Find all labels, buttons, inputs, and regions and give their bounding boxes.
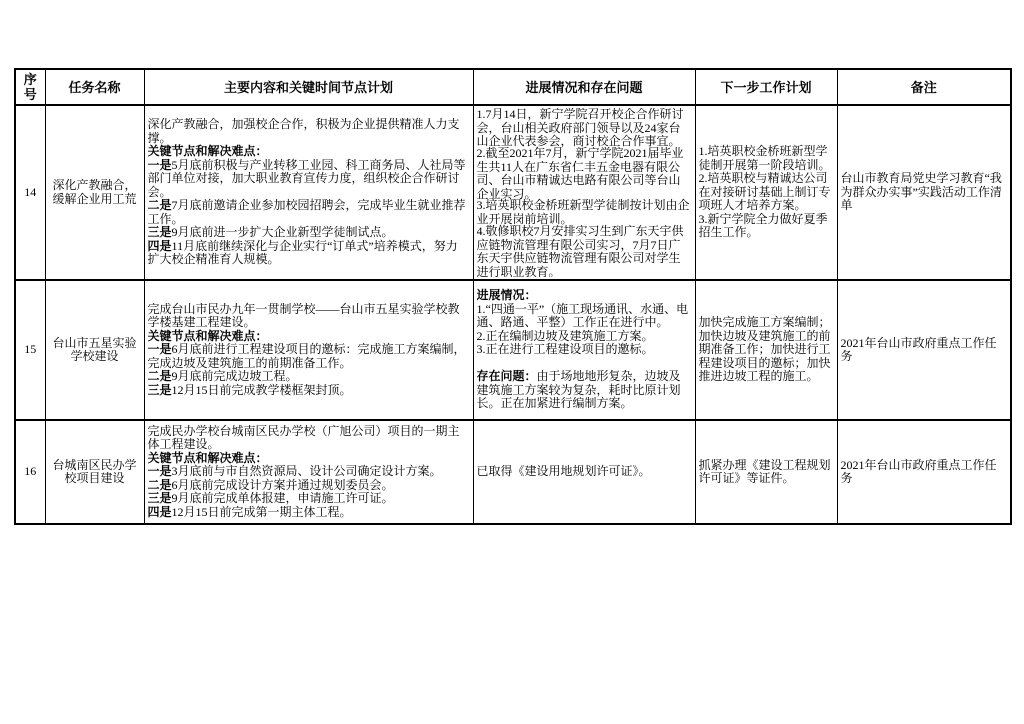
cell-line: 存在问题：由于场地地形复杂，边坡及建筑施工方案较为复杂，耗时比原计划长。正在加紧… xyxy=(477,370,692,411)
cell-line: 一是3月底前与市自然资源局、设计公司确定设计方案。 xyxy=(148,465,470,479)
column-header-label: 备注 xyxy=(911,80,937,95)
body-text: 5月底前积极与产业转移工业园、科工商务局、人社局等部门单位对接，加大职业教育宣传… xyxy=(148,158,466,199)
body-text: 台城南区民办学校项目建设 xyxy=(52,458,136,486)
cell-content: 2021年台山市政府重点工作任务 xyxy=(841,423,1008,521)
emphasis-text: 二是 xyxy=(148,478,172,492)
cell-line: 3.新宁学院全力做好夏季招生工作。 xyxy=(699,213,834,240)
emphasis-text: 三是 xyxy=(148,491,172,505)
emphasis-text: 关键节点和解决难点： xyxy=(148,329,268,343)
body-text: 已取得《建设用地规划许可证》。 xyxy=(477,464,651,478)
body-text: 1.培英职校金桥班新型学徒制开展第一阶段培训。 xyxy=(699,144,831,172)
header-row: 序号任务名称主要内容和关键时间节点计划进展情况和存在问题下一步工作计划备注 xyxy=(15,69,1011,105)
cell-line: 2.培英职校与精诚达公司在对接研讨基础上制订专项班人才培养方案。 xyxy=(699,172,834,213)
emphasis-text: 一是 xyxy=(148,464,172,478)
emphasis-text: 进展情况： xyxy=(477,288,537,302)
column-header-next: 下一步工作计划 xyxy=(695,69,837,105)
body-text: 16 xyxy=(24,464,36,478)
cell-line: 四是12月15日前完成第一期主体工程。 xyxy=(148,506,470,520)
table-row: 16台城南区民办学校项目建设完成民办学校台城南区民办学校（广旭公司）项目的一期主… xyxy=(15,420,1011,524)
cell-line: 完成台山市民办九年一贯制学校——台山市五星实验学校教学楼基建工程建设。 xyxy=(148,303,470,330)
body-text: 9月底前完成边坡工程。 xyxy=(172,369,298,383)
cell-line: 1.“四通一平”（施工现场通讯、水通、电通、路通、平整）工作正在进行中。 xyxy=(477,303,692,330)
body-text: 9月底前完成单体报建，申请施工许可证。 xyxy=(172,491,394,505)
body-text: 完成民办学校台城南区民办学校（广旭公司）项目的一期主体工程建设。 xyxy=(148,424,460,452)
cell-content: 深化产教融合，缓解企业用工荒 xyxy=(49,108,141,277)
emphasis-text: 三是 xyxy=(148,225,172,239)
cell-line: 三是9月底前完成单体报建，申请施工许可证。 xyxy=(148,492,470,506)
body-text: 12月15日前完成第一期主体工程。 xyxy=(172,505,352,519)
body-text: 2021年台山市政府重点工作任务 xyxy=(841,458,997,486)
emphasis-text: 三是 xyxy=(148,383,172,397)
cell-content: 15 xyxy=(19,283,42,417)
cell-content: 1.培英职校金桥班新型学徒制开展第一阶段培训。2.培英职校与精诚达公司在对接研讨… xyxy=(699,108,834,277)
emphasis-text: 四是 xyxy=(148,505,172,519)
cell-content: 1.7月14日，新宁学院召开校企合作研讨会，台山相关政府部门领导以及24家台山企… xyxy=(477,108,692,277)
cell-line: 四是11月底前继续深化与企业实行“订单式”培养模式，努力扩大校企精准育人规模。 xyxy=(148,240,470,267)
cell-line: 台山市教育局党史学习教育“我为群众办实事”实践活动工作清单 xyxy=(841,172,1008,213)
body-text: 台山市教育局党史学习教育“我为群众办实事”实践活动工作清单 xyxy=(841,171,1002,212)
cell-line: 3.培英职校金桥班新型学徒制按计划由企业开展岗前培训。 xyxy=(477,199,692,225)
emphasis-text: 二是 xyxy=(148,198,172,212)
cell-content: 台城南区民办学校项目建设 xyxy=(49,423,141,521)
cell-content: 16 xyxy=(19,423,42,521)
cell-line: 完成民办学校台城南区民办学校（广旭公司）项目的一期主体工程建设。 xyxy=(148,425,470,452)
body-text: 3月底前与市自然资源局、设计公司确定设计方案。 xyxy=(172,464,442,478)
cell-content: 完成台山市民办九年一贯制学校——台山市五星实验学校教学楼基建工程建设。关键节点和… xyxy=(148,283,470,417)
body-text: 15 xyxy=(24,342,36,356)
cell-line: 一是5月底前积极与产业转移工业园、科工商务局、人社局等部门单位对接，加大职业教育… xyxy=(148,159,470,200)
cell-15-num: 15 xyxy=(15,280,45,420)
body-text: 2021年台山市政府重点工作任务 xyxy=(841,336,997,364)
cell-line: 关键节点和解决难点： xyxy=(148,145,470,159)
cell-line: 台城南区民办学校项目建设 xyxy=(49,459,141,486)
cell-line: 1.7月14日，新宁学院召开校企合作研讨会，台山相关政府部门领导以及24家台山企… xyxy=(477,108,692,147)
cell-15-content: 完成台山市民办九年一贯制学校——台山市五星实验学校教学楼基建工程建设。关键节点和… xyxy=(144,280,473,420)
cell-content: 台山市五星实验学校建设 xyxy=(49,283,141,417)
emphasis-text: 存在问题： xyxy=(477,369,537,383)
table-body: 14深化产教融合，缓解企业用工荒深化产教融合，加强校企合作，积极为企业提供精准人… xyxy=(15,105,1011,524)
column-header-remark: 备注 xyxy=(837,69,1011,105)
body-text: 14 xyxy=(24,185,36,199)
column-header-content: 主要内容和关键时间节点计划 xyxy=(144,69,473,105)
cell-line: 二是7月底前邀请企业参加校园招聘会，完成毕业生就业推荐工作。 xyxy=(148,199,470,226)
tasks-table: 序号任务名称主要内容和关键时间节点计划进展情况和存在问题下一步工作计划备注 14… xyxy=(14,68,1012,525)
cell-14-task: 深化产教融合，缓解企业用工荒 xyxy=(45,105,144,280)
body-text: 4.敬修职校7月安排实习生到广东天宇供应链物流管理有限公司实习，7月7日广东天宇… xyxy=(477,224,684,277)
table-row: 15台山市五星实验学校建设完成台山市民办九年一贯制学校——台山市五星实验学校教学… xyxy=(15,280,1011,420)
body-text: 深化产教融合，加强校企合作，积极为企业提供精准人力支撑。 xyxy=(148,117,460,145)
column-header-num: 序号 xyxy=(15,69,45,105)
body-text: 2.正在编制边坡及建筑施工方案。 xyxy=(477,329,654,343)
table-header-row: 序号任务名称主要内容和关键时间节点计划进展情况和存在问题下一步工作计划备注 xyxy=(15,69,1011,105)
cell-line: 1.培英职校金桥班新型学徒制开展第一阶段培训。 xyxy=(699,145,834,172)
body-text: 9月底前进一步扩大企业新型学徒制试点。 xyxy=(172,225,394,239)
body-text: 3.新宁学院全力做好夏季招生工作。 xyxy=(699,212,828,240)
body-text: 6月底前进行工程建设项目的邀标：完成施工方案编制，完成边坡及建筑施工的前期准备工… xyxy=(148,342,466,370)
body-text: 11月底前继续深化与企业实行“订单式”培养模式，努力扩大校企精准育人规模。 xyxy=(148,239,458,267)
column-header-progress: 进展情况和存在问题 xyxy=(473,69,695,105)
cell-line: 三是12月15日前完成教学楼框架封顶。 xyxy=(148,384,470,398)
body-text: 1.7月14日，新宁学院召开校企合作研讨会，台山相关政府部门领导以及24家台山企… xyxy=(477,108,684,148)
cell-15-next: 加快完成施工方案编制；加快边坡及建筑施工的前期准备工作；加快进行工程建设项目的邀… xyxy=(695,280,837,420)
cell-line: 15 xyxy=(19,343,42,357)
cell-content: 抓紧办理《建设工程规划许可证》等证件。 xyxy=(699,423,834,521)
body-text: 2.培英职校与精诚达公司在对接研讨基础上制订专项班人才培养方案。 xyxy=(699,171,831,212)
body-text: 12月15日前完成教学楼框架封顶。 xyxy=(172,383,352,397)
cell-16-content: 完成民办学校台城南区民办学校（广旭公司）项目的一期主体工程建设。关键节点和解决难… xyxy=(144,420,473,524)
cell-line: 三是9月底前进一步扩大企业新型学徒制试点。 xyxy=(148,226,470,240)
cell-16-next: 抓紧办理《建设工程规划许可证》等证件。 xyxy=(695,420,837,524)
column-header-label: 序号 xyxy=(23,72,37,102)
column-header-label: 主要内容和关键时间节点计划 xyxy=(224,80,393,95)
emphasis-text: 四是 xyxy=(148,239,172,253)
cell-line: 深化产教融合，加强校企合作，积极为企业提供精准人力支撑。 xyxy=(148,118,470,145)
cell-14-remark: 台山市教育局党史学习教育“我为群众办实事”实践活动工作清单 xyxy=(837,105,1011,280)
cell-16-num: 16 xyxy=(15,420,45,524)
body-text: 完成台山市民办九年一贯制学校——台山市五星实验学校教学楼基建工程建设。 xyxy=(148,302,460,330)
body-text: 深化产教融合，缓解企业用工荒 xyxy=(52,178,136,206)
cell-14-num: 14 xyxy=(15,105,45,280)
cell-15-task: 台山市五星实验学校建设 xyxy=(45,280,144,420)
cell-line: 14 xyxy=(19,186,42,200)
cell-line: 2021年台山市政府重点工作任务 xyxy=(841,459,1008,486)
cell-14-next: 1.培英职校金桥班新型学徒制开展第一阶段培训。2.培英职校与精诚达公司在对接研讨… xyxy=(695,105,837,280)
cell-15-progress: 进展情况：1.“四通一平”（施工现场通讯、水通、电通、路通、平整）工作正在进行中… xyxy=(473,280,695,420)
cell-content: 台山市教育局党史学习教育“我为群众办实事”实践活动工作清单 xyxy=(841,108,1008,277)
cell-line: 2021年台山市政府重点工作任务 xyxy=(841,337,1008,364)
emphasis-text: 关键节点和解决难点： xyxy=(148,451,268,465)
cell-content: 完成民办学校台城南区民办学校（广旭公司）项目的一期主体工程建设。关键节点和解决难… xyxy=(148,423,470,521)
cell-line: 2.截至2021年7月，新宁学院2021届毕业生共11人在广东省仁丰五金电器有限… xyxy=(477,147,692,199)
body-text: 3.培英职校金桥班新型学徒制按计划由企业开展岗前培训。 xyxy=(477,198,690,226)
cell-line: 16 xyxy=(19,465,42,479)
body-text: 抓紧办理《建设工程规划许可证》等证件。 xyxy=(699,458,831,486)
cell-line: 一是6月底前进行工程建设项目的邀标：完成施工方案编制，完成边坡及建筑施工的前期准… xyxy=(148,343,470,370)
cell-line: 进展情况： xyxy=(477,289,692,303)
cell-line: 4.敬修职校7月安排实习生到广东天宇供应链物流管理有限公司实习，7月7日广东天宇… xyxy=(477,225,692,277)
cell-14-content: 深化产教融合，加强校企合作，积极为企业提供精准人力支撑。关键节点和解决难点：一是… xyxy=(144,105,473,280)
cell-content: 加快完成施工方案编制；加快边坡及建筑施工的前期准备工作；加快进行工程建设项目的邀… xyxy=(699,283,834,417)
cell-line: 已取得《建设用地规划许可证》。 xyxy=(477,465,692,479)
body-text: 6月底前完成设计方案并通过规划委员会。 xyxy=(172,478,394,492)
cell-14-progress: 1.7月14日，新宁学院召开校企合作研讨会，台山相关政府部门领导以及24家台山企… xyxy=(473,105,695,280)
cell-content: 2021年台山市政府重点工作任务 xyxy=(841,283,1008,417)
cell-line: 二是9月底前完成边坡工程。 xyxy=(148,370,470,384)
cell-content: 进展情况：1.“四通一平”（施工现场通讯、水通、电通、路通、平整）工作正在进行中… xyxy=(477,283,692,417)
body-text: 台山市五星实验学校建设 xyxy=(52,336,136,364)
cell-15-remark: 2021年台山市政府重点工作任务 xyxy=(837,280,1011,420)
body-text: 3.正在进行工程建设项目的邀标。 xyxy=(477,342,654,356)
cell-line: 抓紧办理《建设工程规划许可证》等证件。 xyxy=(699,459,834,486)
emphasis-text: 一是 xyxy=(148,158,172,172)
column-header-label: 任务名称 xyxy=(68,80,120,95)
cell-line: 深化产教融合，缓解企业用工荒 xyxy=(49,179,141,206)
cell-line: 3.正在进行工程建设项目的邀标。 xyxy=(477,343,692,357)
cell-content: 深化产教融合，加强校企合作，积极为企业提供精准人力支撑。关键节点和解决难点：一是… xyxy=(148,108,470,277)
column-header-task: 任务名称 xyxy=(45,69,144,105)
cell-content: 14 xyxy=(19,108,42,277)
cell-16-progress: 已取得《建设用地规划许可证》。 xyxy=(473,420,695,524)
body-text: 7月底前邀请企业参加校园招聘会，完成毕业生就业推荐工作。 xyxy=(148,198,466,226)
body-text: 1.“四通一平”（施工现场通讯、水通、电通、路通、平整）工作正在进行中。 xyxy=(477,302,689,330)
cell-content: 已取得《建设用地规划许可证》。 xyxy=(477,423,692,521)
cell-line: 台山市五星实验学校建设 xyxy=(49,337,141,364)
cell-16-remark: 2021年台山市政府重点工作任务 xyxy=(837,420,1011,524)
column-header-label: 进展情况和存在问题 xyxy=(525,80,642,95)
document-page: 序号任务名称主要内容和关键时间节点计划进展情况和存在问题下一步工作计划备注 14… xyxy=(0,0,1024,724)
body-text: 加快完成施工方案编制；加快边坡及建筑施工的前期准备工作；加快进行工程建设项目的邀… xyxy=(699,315,831,383)
body-text: 2.截至2021年7月，新宁学院2021届毕业生共11人在广东省仁丰五金电器有限… xyxy=(477,146,684,201)
emphasis-text: 一是 xyxy=(148,342,172,356)
table-row: 14深化产教融合，缓解企业用工荒深化产教融合，加强校企合作，积极为企业提供精准人… xyxy=(15,105,1011,280)
cell-line: 加快完成施工方案编制；加快边坡及建筑施工的前期准备工作；加快进行工程建设项目的邀… xyxy=(699,316,834,384)
cell-16-task: 台城南区民办学校项目建设 xyxy=(45,420,144,524)
column-header-label: 下一步工作计划 xyxy=(720,80,811,95)
emphasis-text: 二是 xyxy=(148,369,172,383)
emphasis-text: 关键节点和解决难点： xyxy=(148,144,268,158)
